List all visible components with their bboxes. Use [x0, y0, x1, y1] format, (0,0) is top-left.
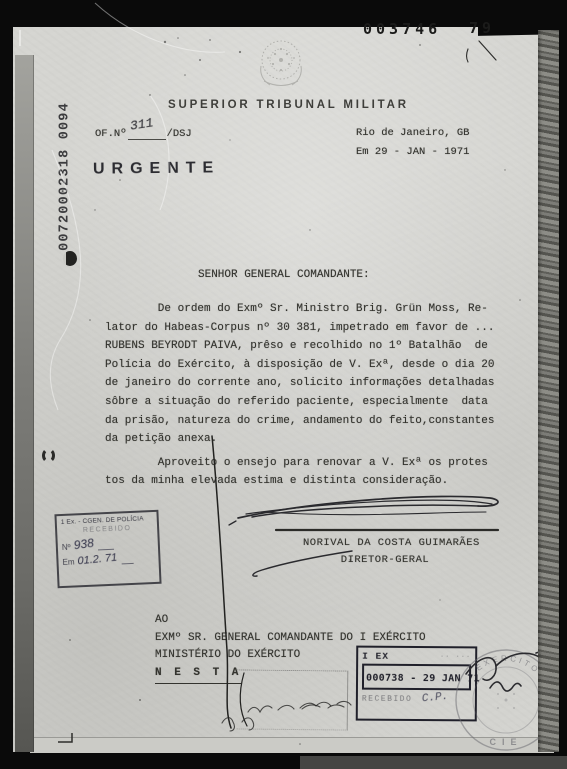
faded-stamp-fragment — [237, 669, 349, 730]
receipt-stamp-unit: I EX — [362, 651, 389, 662]
org-title: SUPERIOR TRIBUNAL MILITAR — [168, 99, 409, 111]
body-line: da prisão, natureza do crime, andamento … — [105, 412, 515, 431]
oficio-label: OF.Nº — [95, 128, 127, 140]
salutation: SENHOR GENERAL COMANDANTE: — [198, 269, 370, 281]
signer-name: NORIVAL DA COSTA GUIMARÃES — [303, 537, 480, 549]
police-stamp-date-handwritten: 01.2. 71 — [77, 552, 118, 568]
oficio-number-line: OF.Nº 311 /DSJ — [95, 127, 192, 140]
sheet-number: 79 — [469, 19, 495, 37]
oficio-number-blank: 311 — [128, 127, 166, 140]
oficio-number-handwritten: 311 — [128, 115, 153, 133]
scanned-document-page: 003746 79 SUPERIOR TRIBUNAL MILITAR OF.N… — [0, 0, 567, 769]
body-line: Aproveito o ensejo para renovar a V. Exª… — [105, 454, 515, 473]
addressee-line: EXMº SR. GENERAL COMANDANTE DO I EXÉRCIT… — [155, 630, 426, 648]
body-line: tos da minha elevada estima e distinta c… — [105, 472, 515, 491]
body-line: de janeiro do corrente ano, solicito inf… — [105, 374, 515, 393]
police-stamp-received: RECEBIDO — [61, 524, 153, 535]
protocol-number: 003746 — [363, 20, 441, 38]
police-stamp-number-handwritten: 938 — [73, 536, 95, 552]
binding-edge-left — [15, 55, 34, 752]
receipt-stamp-initials: C.P. — [422, 691, 449, 706]
police-stamp-number-label: Nº — [62, 543, 71, 552]
place-date-block: Rio de Janeiro, GB Em 29 - JAN - 1971 — [356, 124, 469, 162]
coat-of-arms-icon — [255, 36, 307, 94]
body-line: Polícia do Exército, à disposição de V. … — [105, 356, 515, 375]
addressee-line: AO — [155, 612, 426, 630]
date-line: Em 29 - JAN - 1971 — [356, 143, 469, 162]
police-received-stamp: 1 Ex. - CGEN. DE POLÍCIA RECEBIDO Nº 938… — [54, 510, 161, 588]
signer-title: DIRETOR-GERAL — [305, 554, 465, 566]
binder-mark — [63, 251, 77, 266]
binder-mark — [42, 448, 55, 463]
addressee-nesta: N E S T A — [155, 665, 241, 685]
police-stamp-blank — [97, 541, 113, 551]
body-line: sôbre a situação do referido paciente, e… — [105, 393, 515, 412]
round-stamp-cie-text: CIE — [489, 737, 522, 747]
vertical-file-number: 00720002318 0094 — [58, 102, 73, 252]
letter-body: De ordem do Exmº Sr. Ministro Brig. Grün… — [105, 300, 515, 491]
body-line: lator do Habeas-Corpus nº 30 381, impetr… — [105, 319, 515, 338]
police-stamp-date-label: Em — [62, 557, 74, 567]
body-line: da petição anexa. — [105, 430, 515, 449]
urgent-stamp: URGENTE — [93, 159, 220, 178]
binding-edge-right — [538, 30, 559, 752]
oficio-suffix: /DSJ — [167, 128, 192, 140]
place-line: Rio de Janeiro, GB — [356, 124, 469, 143]
receipt-stamp-received: RECEBIDO — [362, 695, 412, 704]
police-stamp-blank — [121, 555, 133, 565]
body-line: De ordem do Exmº Sr. Ministro Brig. Grün… — [105, 300, 515, 319]
body-line: RUBENS BEYRODT PAIVA, prêso e recolhido … — [105, 337, 515, 356]
